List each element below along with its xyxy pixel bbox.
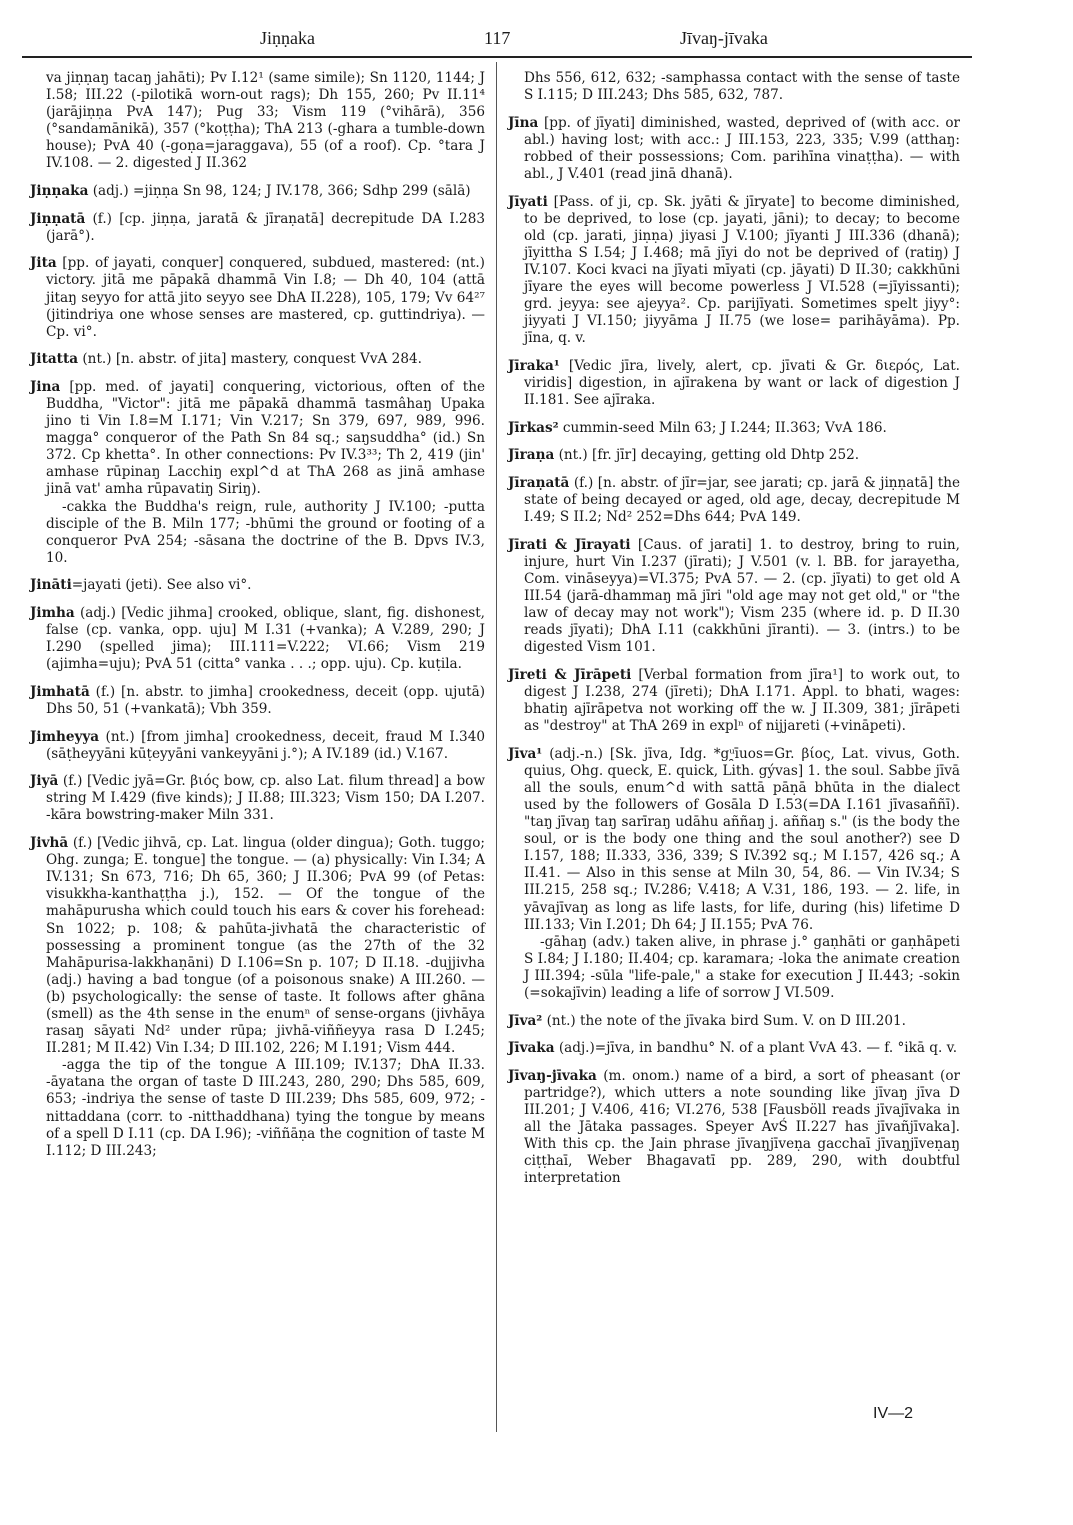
- entry-compounds: -gāhaŋ (adv.) taken alive, in phrase j.°…: [524, 934, 960, 1002]
- entry-definition: [pp. of jīyati] diminished, wasted, depr…: [524, 115, 960, 182]
- entry-headword: Jimhatā: [30, 684, 90, 700]
- entry-headword: Jimha: [30, 605, 75, 621]
- dictionary-entry: Jitatta (nt.) [n. abstr. of jita] master…: [30, 351, 485, 368]
- entry-headword: Jiyā: [30, 773, 58, 789]
- signature-mark: IV—2: [873, 1405, 913, 1423]
- entry-headword: Jitatta: [30, 351, 78, 367]
- dictionary-entry: Jimhatā (f.) [n. abstr. to jimha] crooke…: [30, 684, 485, 718]
- dictionary-entry: Jīrkas² cummin-seed Miln 63; J I.244; II…: [508, 420, 960, 437]
- entry-headword: Jiṇṇaka: [30, 183, 88, 199]
- entry-compounds: -agga the tip of the tongue A III.109; I…: [46, 1057, 485, 1160]
- entry-headword: Jita: [30, 255, 57, 271]
- entry-definition: [Caus. of jarati] 1. to destroy, bring t…: [524, 537, 960, 656]
- entry-headword: Jimheyya: [30, 729, 99, 745]
- entry-definition: (nt.) the note of the jīvaka bird Sum. V…: [542, 1013, 906, 1029]
- entry-definition: (adj.)=jīva, in bandhu° N. of a plant Vv…: [555, 1040, 958, 1056]
- entry-headword: Jīvaŋ-jīvaka: [508, 1068, 597, 1084]
- entry-headword: Jīraṇa: [508, 447, 554, 463]
- entry-compounds: -cakka the Buddha's reign, rule, authori…: [46, 499, 485, 567]
- dictionary-entry: Jīraṇatā (f.) [n. abstr. of jīr=jar, see…: [508, 475, 960, 526]
- entry-definition: [Vedic jīra, lively, alert, cp. jīvati &…: [524, 358, 960, 408]
- entry-definition: (f.) [n. abstr. to jimha] crookedness, d…: [46, 684, 485, 717]
- column-divider: [496, 62, 497, 1432]
- dictionary-entry: Jita [pp. of jayati, conquer] conquered,…: [30, 255, 485, 340]
- header-rule: [22, 56, 972, 58]
- entry-definition: (adj.) [Vedic jihma] crooked, oblique, s…: [46, 605, 485, 672]
- entry-definition: (adj.-n.) [Sk. jīva, Idg. *gᵘ̯īuos=Gr. β…: [524, 746, 960, 933]
- entry-headword: Jīraka¹: [508, 358, 560, 374]
- dictionary-entry: Jimheyya (nt.) [from jimha] crookedness,…: [30, 729, 485, 763]
- entry-definition: [Pass. of ji, cp. Sk. jyāti & jīryate] t…: [524, 194, 960, 347]
- dictionary-entry: Jīraṇa (nt.) [fr. jīr] decaying, getting…: [508, 447, 960, 464]
- dictionary-entry: Dhs 556, 612, 632; -samphassa contact wi…: [524, 70, 960, 104]
- dictionary-entry: Jīva¹ (adj.-n.) [Sk. jīva, Idg. *gᵘ̯īuos…: [508, 746, 960, 1002]
- left-column: va jiṇṇaŋ tacaŋ jahāti); Pv I.12¹ (same …: [30, 70, 485, 1170]
- dictionary-entry: Jīvaka (adj.)=jīva, in bandhu° N. of a p…: [508, 1040, 960, 1057]
- left-guide-word: Jiṇṇaka: [260, 28, 315, 49]
- entry-headword: Jīyati: [508, 194, 548, 210]
- entry-definition: (f.) [Vedic jihvā, cp. Lat. lingua (olde…: [46, 835, 485, 1056]
- entry-definition: (nt.) [n. abstr. of jita] mastery, conqu…: [78, 351, 422, 367]
- dictionary-entry: Jīraka¹ [Vedic jīra, lively, alert, cp. …: [508, 358, 960, 409]
- entry-definition: (m. onom.) name of a bird, a sort of phe…: [524, 1068, 960, 1187]
- entry-definition: va jiṇṇaŋ tacaŋ jahāti); Pv I.12¹ (same …: [46, 70, 485, 171]
- dictionary-entry: Jināti=jayati (jeti). See also vi°.: [30, 577, 485, 594]
- entry-headword: Jināti: [30, 577, 72, 593]
- dictionary-entry: va jiṇṇaŋ tacaŋ jahāti); Pv I.12¹ (same …: [46, 70, 485, 173]
- right-guide-word: Jīvaŋ-jīvaka: [680, 28, 768, 49]
- entry-definition: (f.) [Vedic jyā=Gr. βιός bow, cp. also L…: [46, 773, 485, 823]
- dictionary-entry: Jīna [pp. of jīyati] diminished, wasted,…: [508, 115, 960, 183]
- dictionary-entry: Jiṇṇatā (f.) [cp. jiṇṇa, jaratā & jīraṇa…: [30, 211, 485, 245]
- entry-definition: Dhs 556, 612, 632; -samphassa contact wi…: [524, 70, 960, 103]
- dictionary-entry: Jīva² (nt.) the note of the jīvaka bird …: [508, 1013, 960, 1030]
- dictionary-entry: Jiṇṇaka (adj.) =jiṇṇa Sn 98, 124; J IV.1…: [30, 183, 485, 200]
- entry-headword: Jina: [30, 379, 60, 395]
- dictionary-entry: Jīyati [Pass. of ji, cp. Sk. jyāti & jīr…: [508, 194, 960, 348]
- right-column: Dhs 556, 612, 632; -samphassa contact wi…: [508, 70, 960, 1198]
- entry-definition: (adj.) =jiṇṇa Sn 98, 124; J IV.178, 366;…: [88, 183, 470, 199]
- entry-headword: Jīva¹: [508, 746, 542, 762]
- entry-definition: (nt.) [fr. jīr] decaying, getting old Dh…: [554, 447, 859, 463]
- page-number: 117: [484, 28, 510, 49]
- dictionary-entry: Jīvaŋ-jīvaka (m. onom.) name of a bird, …: [508, 1068, 960, 1188]
- entry-definition: [pp. of jayati, conquer] conquered, subd…: [46, 255, 485, 339]
- dictionary-entry: Jīreti & Jīrāpeti [Verbal formation from…: [508, 667, 960, 735]
- entry-definition: (f.) [n. abstr. of jīr=jar, see jarati; …: [524, 475, 960, 525]
- entry-definition: cummin-seed Miln 63; J I.244; II.363; Vv…: [559, 420, 887, 436]
- dictionary-entry: Jina [pp. med. of jayati] conquering, vi…: [30, 379, 485, 567]
- entry-headword: Jīva²: [508, 1013, 542, 1029]
- entry-definition: =jayati (jeti). See also vi°.: [72, 577, 252, 593]
- entry-headword: Jīvaka: [508, 1040, 555, 1056]
- entry-headword: Jivhā: [30, 835, 68, 851]
- dictionary-entry: Jivhā (f.) [Vedic jihvā, cp. Lat. lingua…: [30, 835, 485, 1160]
- dictionary-entry: Jīrati & Jīrayati [Caus. of jarati] 1. t…: [508, 537, 960, 657]
- entry-headword: Jīraṇatā: [508, 475, 569, 491]
- dictionary-entry: Jimha (adj.) [Vedic jihma] crooked, obli…: [30, 605, 485, 673]
- entry-headword: Jīrati & Jīrayati: [508, 537, 631, 553]
- entry-headword: Jīrkas²: [508, 420, 559, 436]
- entry-definition: (f.) [cp. jiṇṇa, jaratā & jīraṇatā] decr…: [46, 211, 485, 244]
- entry-definition: [pp. med. of jayati] conquering, victori…: [46, 379, 485, 498]
- dictionary-entry: Jiyā (f.) [Vedic jyā=Gr. βιός bow, cp. a…: [30, 773, 485, 824]
- page-header: Jiṇṇaka 117 Jīvaŋ-jīvaka: [0, 28, 1073, 58]
- entry-headword: Jīna: [508, 115, 538, 131]
- entry-headword: Jiṇṇatā: [30, 211, 85, 227]
- entry-definition: (nt.) [from jimha] crookedness, deceit, …: [46, 729, 485, 762]
- entry-headword: Jīreti & Jīrāpeti: [508, 667, 631, 683]
